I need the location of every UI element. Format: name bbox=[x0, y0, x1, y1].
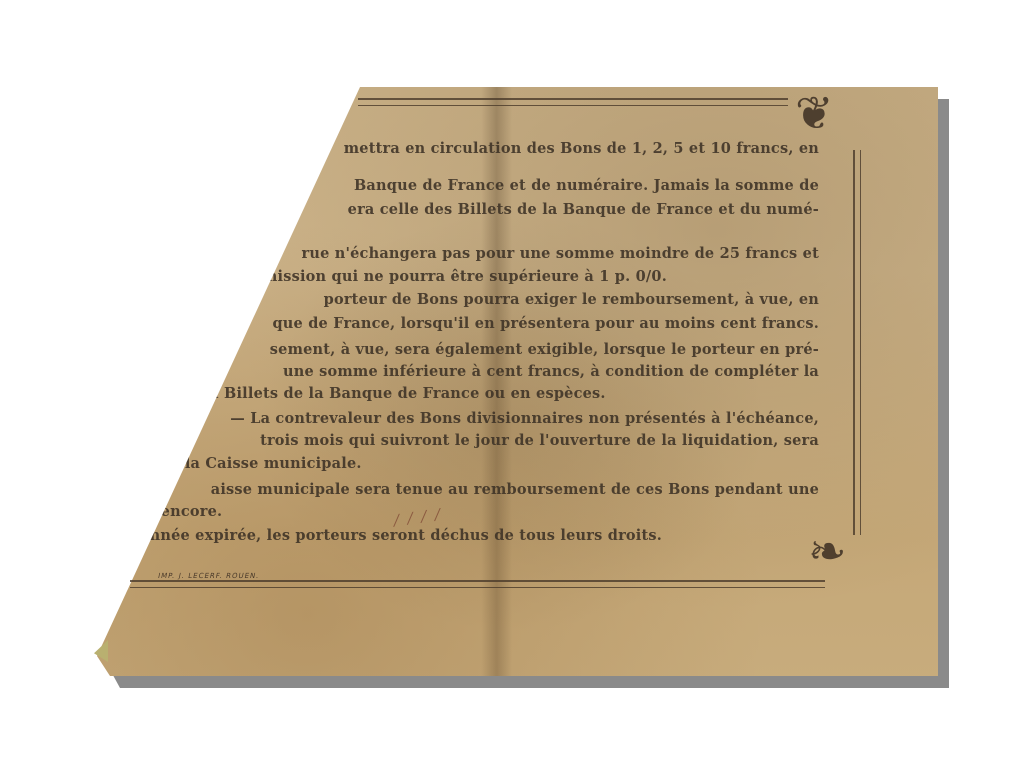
text-line: e encore. bbox=[146, 503, 222, 520]
text-line: Banque de France et de numéraire. Jamais… bbox=[354, 177, 819, 194]
text-line: n Billets de la Banque de France ou en e… bbox=[208, 385, 606, 402]
text-line: à la Caisse municipale. bbox=[170, 455, 362, 472]
text-line: trois mois qui suivront le jour de l'ouv… bbox=[260, 432, 819, 449]
document-text: mettra en circulation des Bons de 1, 2, … bbox=[0, 0, 1024, 768]
text-line: une somme inférieure à cent francs, à co… bbox=[283, 363, 819, 380]
text-line: aisse municipale sera tenue au rembourse… bbox=[211, 481, 819, 498]
text-line: era celle des Billets de la Banque de Fr… bbox=[348, 201, 819, 218]
text-line: sement, à vue, sera également exigible, … bbox=[270, 341, 819, 358]
text-line: porteur de Bons pourra exiger le rembour… bbox=[324, 291, 819, 308]
text-line: rue n'échangera pas pour une somme moind… bbox=[302, 245, 820, 262]
printer-imprint: IMP. J. LECERF. ROUEN. bbox=[157, 572, 260, 580]
text-line: mission qui ne pourra être supérieure à … bbox=[262, 268, 667, 285]
text-line: mettra en circulation des Bons de 1, 2, … bbox=[344, 140, 819, 157]
text-line: — La contrevaleur des Bons divisionnaire… bbox=[230, 410, 819, 427]
text-line: que de France, lorsqu'il en présentera p… bbox=[272, 315, 819, 332]
